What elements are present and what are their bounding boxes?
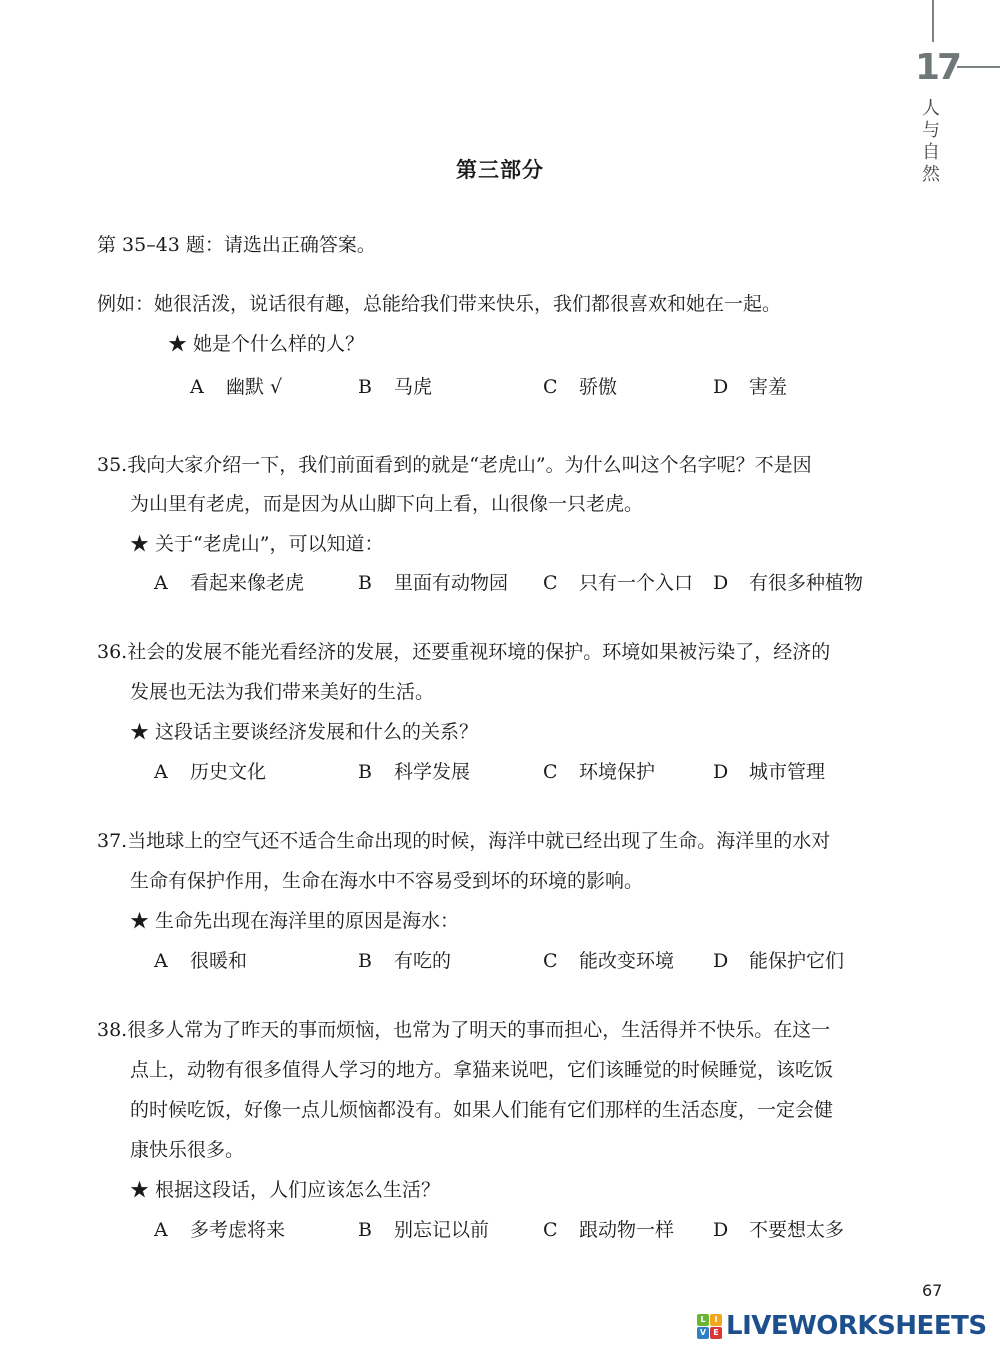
example-question: ★ 她是个什么样的人？: [168, 329, 364, 356]
option-text: 有很多种植物: [749, 572, 863, 594]
brand-text: LIVEWORKSHEETS: [726, 1311, 987, 1341]
option-text: 里面有动物园: [394, 572, 508, 594]
option-letter: A: [154, 761, 190, 783]
liveworksheets-brand[interactable]: L I V E LIVEWORKSHEETS: [697, 1311, 987, 1341]
option-letter: A: [154, 1219, 190, 1241]
question-number: 38.: [97, 1019, 127, 1041]
option-text: 能保护它们: [749, 950, 844, 972]
option-text: 马虎: [394, 376, 432, 398]
option-letter: A: [154, 572, 190, 594]
question-37-option-a[interactable]: A很暖和: [154, 946, 247, 973]
passage-text: 很多人常为了昨天的事而烦恼，也常为了明天的事而担心，生活得并不快乐。在这一: [127, 1019, 830, 1041]
question-36-option-b[interactable]: B科学发展: [358, 757, 470, 784]
question-38-line-2: 点上，动物有很多值得人学习的地方。拿猫来说吧，它们该睡觉的时候睡觉，该吃饭: [130, 1055, 833, 1082]
option-letter: B: [358, 572, 394, 594]
question-38-option-b[interactable]: B别忘记以前: [358, 1215, 489, 1242]
option-text: 城市管理: [749, 761, 825, 783]
option-text: 科学发展: [394, 761, 470, 783]
option-text: 骄傲: [579, 376, 617, 398]
passage-text: 我向大家介绍一下，我们前面看到的就是“老虎山”。为什么叫这个名字呢？不是因: [127, 454, 811, 476]
section-title: 第三部分: [0, 154, 1000, 184]
example-option-d[interactable]: D害羞: [713, 372, 787, 399]
instructions: 第 35–43 题：请选出正确答案。: [97, 230, 376, 257]
question-37-line-2: 生命有保护作用，生命在海水中不容易受到坏的环境的影响。: [130, 866, 643, 893]
question-38-option-c[interactable]: C跟动物一样: [543, 1215, 674, 1242]
chapter-title-char: 人: [920, 98, 942, 120]
question-36-option-c[interactable]: C环境保护: [543, 757, 655, 784]
question-35-line-2: 为山里有老虎，而是因为从山脚下向上看，山很像一只老虎。: [130, 489, 643, 516]
question-38-line-4: 康快乐很多。: [130, 1135, 244, 1162]
question-38-option-d[interactable]: D不要想太多: [713, 1215, 844, 1242]
option-text: 看起来像老虎: [190, 572, 304, 594]
option-text: 只有一个入口: [579, 572, 693, 594]
option-text: 多考虑将来: [190, 1219, 285, 1241]
question-37-option-b[interactable]: B有吃的: [358, 946, 451, 973]
chapter-title-char: 与: [920, 120, 942, 142]
question-36-line-1: 36.社会的发展不能光看经济的发展，还要重视环境的保护。环境如果被污染了，经济的: [97, 637, 830, 664]
liveworksheets-logo-icon: L I V E: [697, 1314, 722, 1339]
option-text: 有吃的: [394, 950, 451, 972]
option-letter: C: [543, 572, 579, 594]
option-letter: B: [358, 376, 394, 398]
logo-tile: L: [697, 1314, 709, 1326]
question-number: 35.: [97, 454, 127, 476]
option-letter: B: [358, 1219, 394, 1241]
logo-tile: V: [697, 1327, 709, 1339]
question-36-option-a[interactable]: A历史文化: [154, 757, 266, 784]
question-37-option-d[interactable]: D能保护它们: [713, 946, 844, 973]
option-letter: D: [713, 950, 749, 972]
question-38-line-1: 38.很多人常为了昨天的事而烦恼，也常为了明天的事而担心，生活得并不快乐。在这一: [97, 1015, 830, 1042]
question-36-line-2: 发展也无法为我们带来美好的生活。: [130, 677, 434, 704]
question-35-option-a[interactable]: A看起来像老虎: [154, 568, 304, 595]
logo-tile: E: [710, 1327, 722, 1339]
example-label: 例如：: [97, 293, 154, 315]
option-text: 害羞: [749, 376, 787, 398]
option-text: 跟动物一样: [579, 1219, 674, 1241]
option-text: 幽默 √: [226, 376, 282, 398]
option-text: 别忘记以前: [394, 1219, 489, 1241]
example-text: 例如：她很活泼，说话很有趣，总能给我们带来快乐，我们都很喜欢和她在一起。: [97, 289, 781, 316]
question-37-line-1: 37.当地球上的空气还不适合生命出现的时候，海洋中就已经出现了生命。海洋里的水对: [97, 826, 830, 853]
question-35-option-d[interactable]: D有很多种植物: [713, 568, 863, 595]
option-text: 能改变环境: [579, 950, 674, 972]
page-number: 67: [922, 1281, 942, 1300]
option-letter: D: [713, 761, 749, 783]
option-text: 不要想太多: [749, 1219, 844, 1241]
chapter-number: 17: [915, 48, 959, 88]
question-35-line-1: 35.我向大家介绍一下，我们前面看到的就是“老虎山”。为什么叫这个名字呢？不是因: [97, 450, 812, 477]
question-36-option-d[interactable]: D城市管理: [713, 757, 825, 784]
example-option-a[interactable]: A幽默 √: [190, 372, 282, 399]
option-letter: D: [713, 572, 749, 594]
question-38-line-3: 的时候吃饭，好像一点儿烦恼都没有。如果人们能有它们那样的生活态度，一定会健: [130, 1095, 833, 1122]
question-37-option-c[interactable]: C能改变环境: [543, 946, 674, 973]
example-option-c[interactable]: C骄傲: [543, 372, 617, 399]
passage-text: 当地球上的空气还不适合生命出现的时候，海洋中就已经出现了生命。海洋里的水对: [127, 830, 830, 852]
option-letter: A: [154, 950, 190, 972]
question-37-prompt: ★ 生命先出现在海洋里的原因是海水：: [130, 906, 459, 933]
option-letter: A: [190, 376, 226, 398]
question-number: 36.: [97, 641, 127, 663]
example-passage: 她很活泼，说话很有趣，总能给我们带来快乐，我们都很喜欢和她在一起。: [154, 293, 781, 315]
example-option-b[interactable]: B马虎: [358, 372, 432, 399]
chapter-divider-vertical: [932, 0, 934, 42]
logo-tile: I: [710, 1314, 722, 1326]
option-letter: C: [543, 1219, 579, 1241]
option-letter: C: [543, 950, 579, 972]
option-text: 历史文化: [190, 761, 266, 783]
question-35-option-c[interactable]: C只有一个入口: [543, 568, 693, 595]
chapter-divider-horizontal: [957, 66, 1000, 68]
option-letter: D: [713, 376, 749, 398]
option-text: 环境保护: [579, 761, 655, 783]
passage-text: 社会的发展不能光看经济的发展，还要重视环境的保护。环境如果被污染了，经济的: [127, 641, 830, 663]
question-35-prompt: ★ 关于“老虎山”，可以知道：: [130, 529, 383, 556]
option-letter: C: [543, 376, 579, 398]
option-letter: B: [358, 950, 394, 972]
option-letter: D: [713, 1219, 749, 1241]
question-38-prompt: ★ 根据这段话，人们应该怎么生活？: [130, 1175, 440, 1202]
question-35-option-b[interactable]: B里面有动物园: [358, 568, 508, 595]
option-letter: B: [358, 761, 394, 783]
question-38-option-a[interactable]: A多考虑将来: [154, 1215, 285, 1242]
option-text: 很暖和: [190, 950, 247, 972]
option-letter: C: [543, 761, 579, 783]
question-number: 37.: [97, 830, 127, 852]
question-36-prompt: ★ 这段话主要谈经济发展和什么的关系？: [130, 717, 478, 744]
